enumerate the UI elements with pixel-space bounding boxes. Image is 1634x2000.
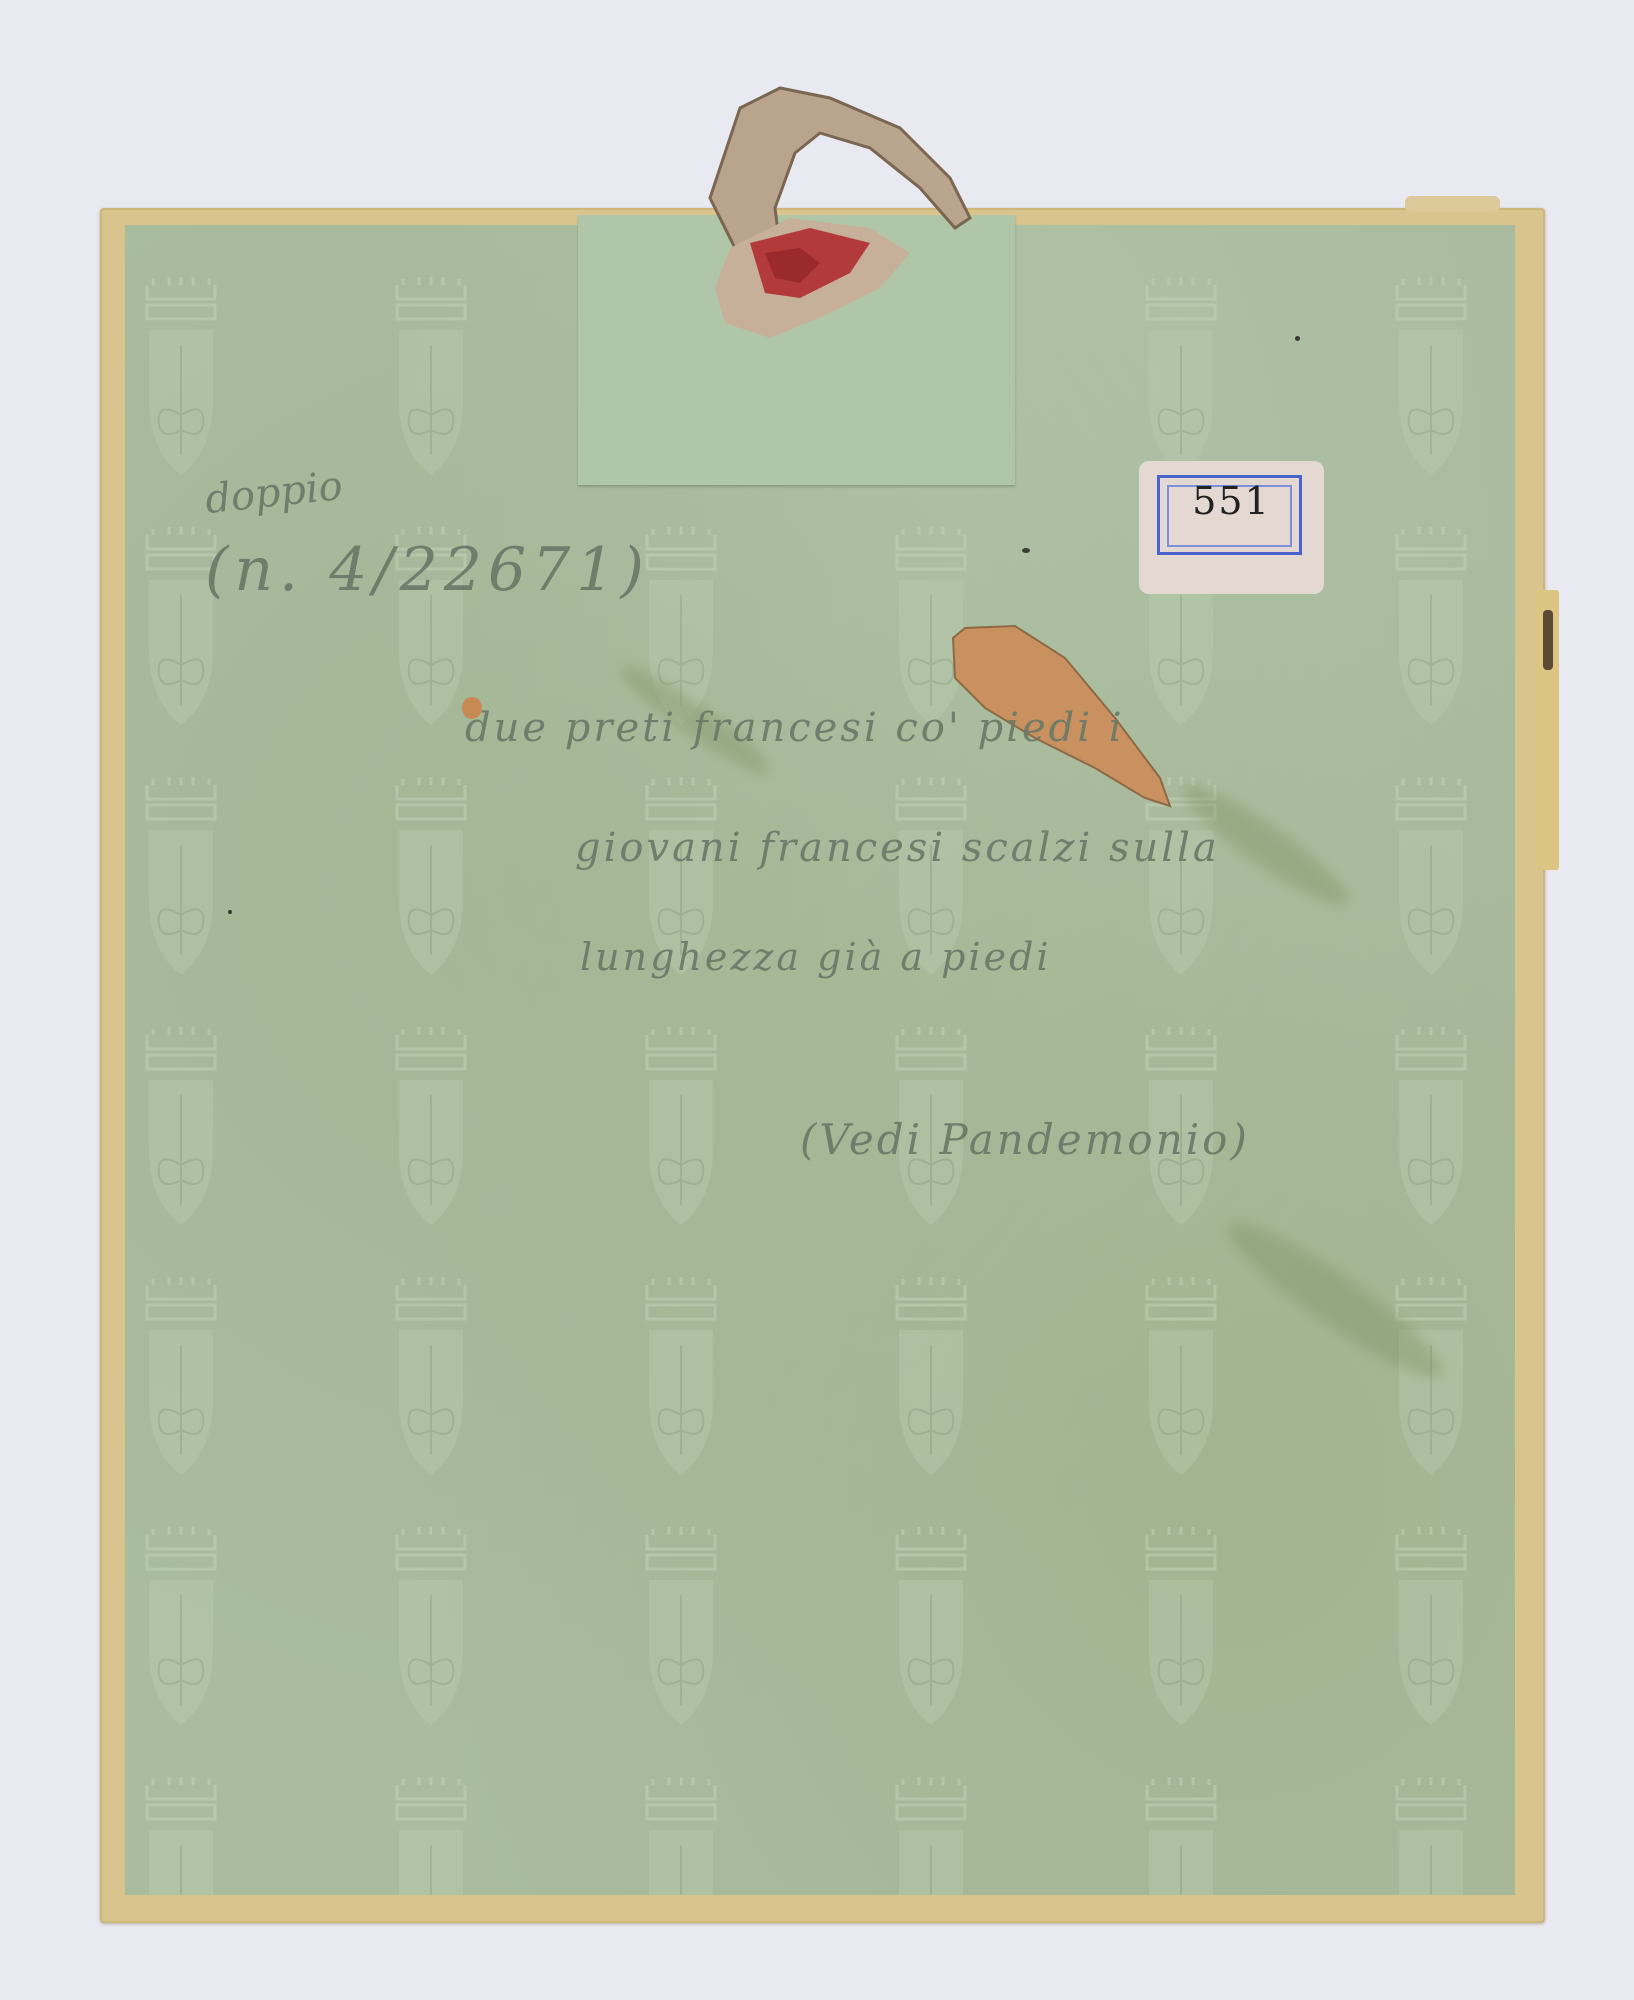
board-edge-burn-mark — [1543, 610, 1553, 670]
board-edge-flake — [1405, 196, 1500, 212]
watermark-crest-icon — [643, 1025, 719, 1225]
watermark-crest-icon — [393, 275, 469, 475]
watermark-crest-icon — [1393, 1525, 1469, 1725]
watermark-crest-icon — [393, 1775, 469, 1895]
watermark-crest-icon — [393, 1275, 469, 1475]
label-number: 551 — [1143, 479, 1320, 523]
watermark-crest-icon — [393, 1525, 469, 1725]
watermark-crest-icon — [393, 775, 469, 975]
ink-spot — [1295, 336, 1300, 341]
watermark-crest-icon — [643, 1775, 719, 1895]
watermark-crest-icon — [643, 1525, 719, 1725]
watermark-crest-icon — [143, 1025, 219, 1225]
watermark-crest-icon — [893, 1275, 969, 1475]
watermark-crest-icon — [143, 275, 219, 475]
note-line-4: (Vedi Pandemonio) — [800, 1115, 1250, 1164]
watermark-crest-icon — [1393, 275, 1469, 475]
watermark-crest-icon — [893, 1775, 969, 1895]
watermark-crest-icon — [143, 775, 219, 975]
watermark-crest-icon — [143, 1775, 219, 1895]
watermark-crest-icon — [393, 1025, 469, 1225]
watermark-crest-icon — [1143, 1775, 1219, 1895]
ink-spot — [1022, 548, 1030, 553]
watermark-crest-icon — [1143, 1525, 1219, 1725]
watermark-crest-icon — [1393, 525, 1469, 725]
watermark-crest-icon — [1393, 775, 1469, 975]
watermark-crest-icon — [643, 1275, 719, 1475]
watermark-crest-icon — [1143, 275, 1219, 475]
watermark-crest-icon — [143, 1525, 219, 1725]
note-line-3: lunghezza già a piedi — [580, 935, 1052, 979]
note-line-2: giovani francesi scalzi sulla — [575, 825, 1220, 871]
inventory-label: 551 — [1143, 465, 1320, 590]
watermark-crest-icon — [1393, 1775, 1469, 1895]
ink-spot — [228, 910, 232, 914]
note-line-1: due preti francesi co' piedi i — [465, 705, 1125, 751]
watermark-crest-icon — [893, 1525, 969, 1725]
hanging-loop-icon — [670, 78, 1000, 358]
inscription-inventory-number: (n. 4/22671) — [205, 535, 650, 605]
watermark-crest-icon — [1143, 1275, 1219, 1475]
watermark-crest-icon — [143, 1275, 219, 1475]
watermark-crest-icon — [1393, 1025, 1469, 1225]
